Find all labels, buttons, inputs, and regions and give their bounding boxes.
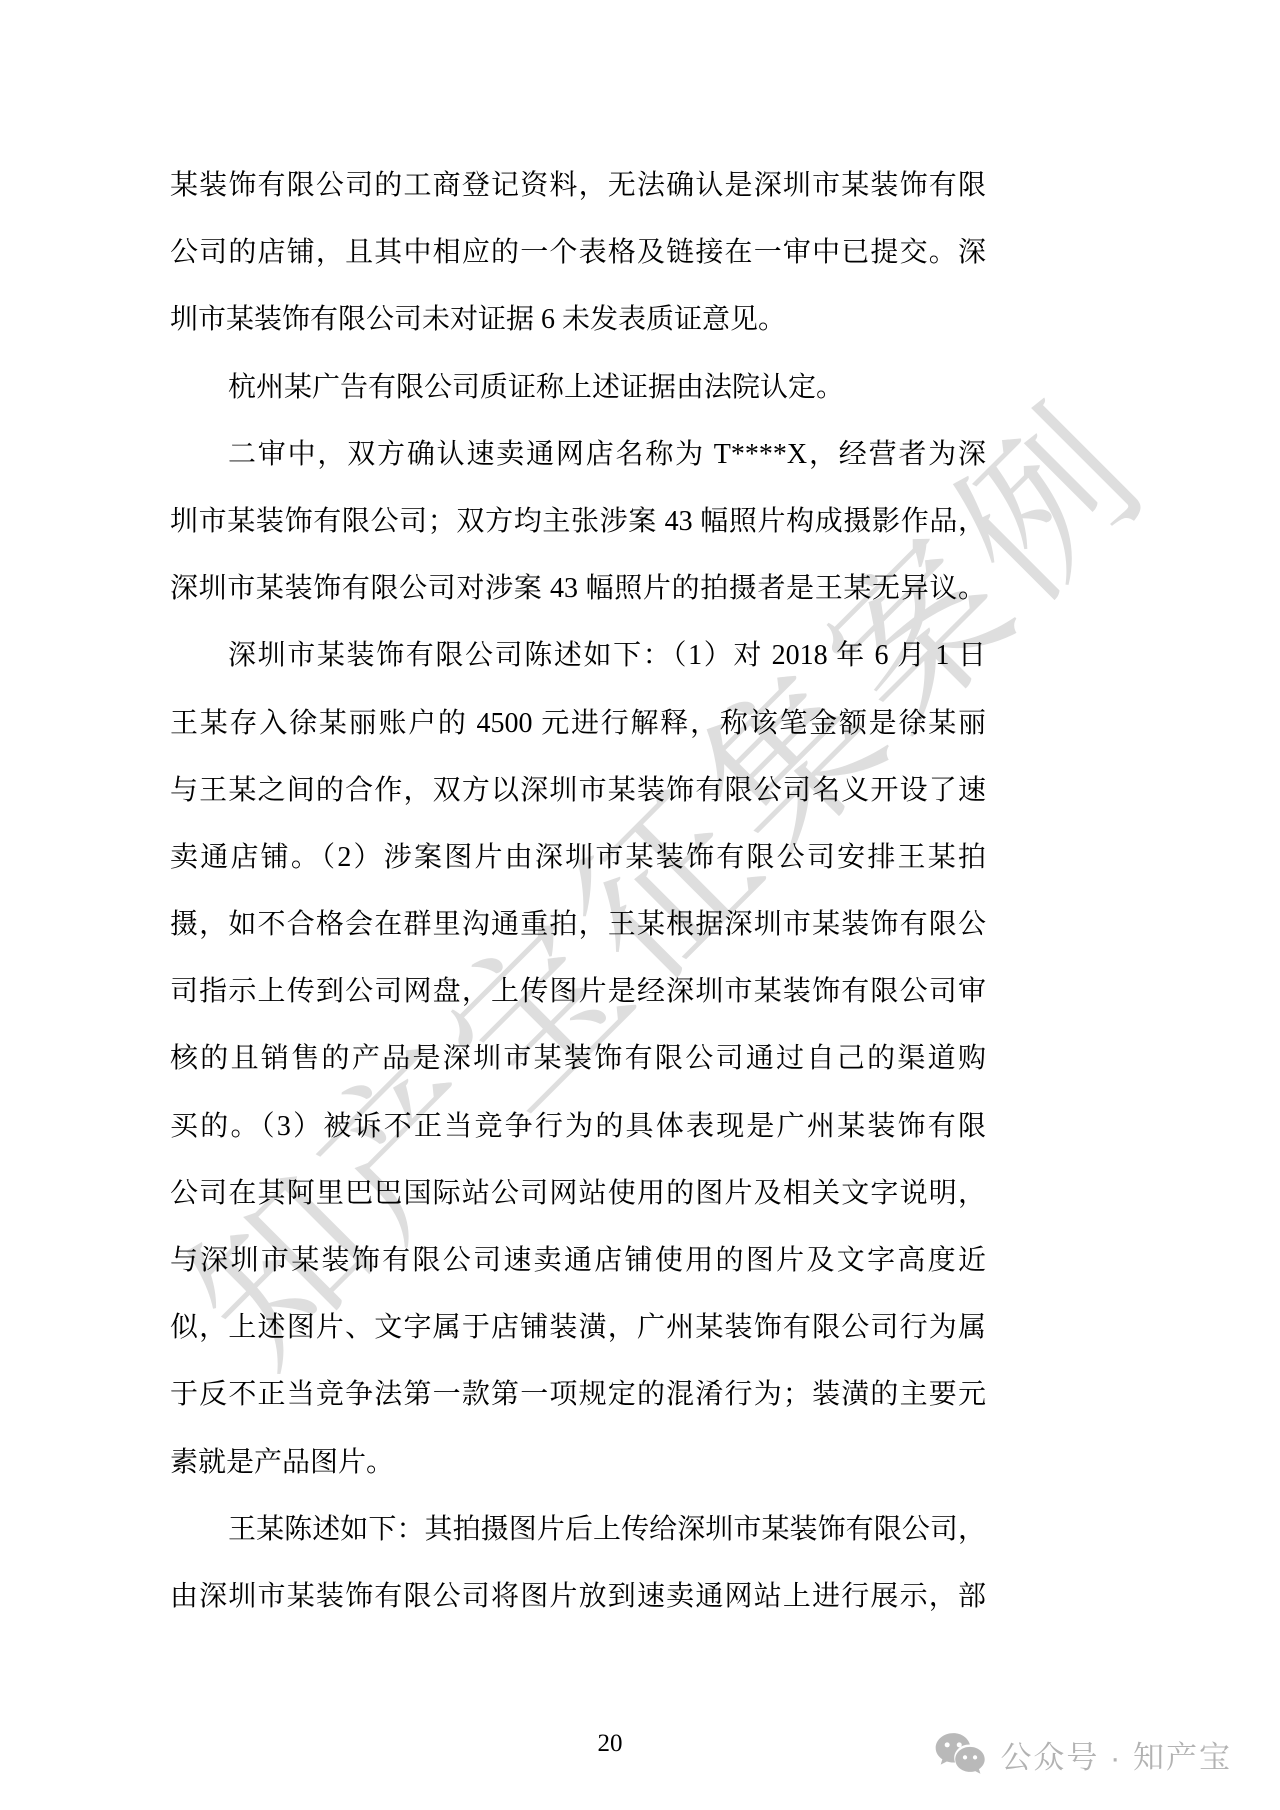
document-page: 知产宝征集案例 某装饰有限公司的工商登记资料，无法确认是深圳市某装饰有限公司的店… bbox=[0, 0, 1280, 1810]
text-line: 似，上述图片、文字属于店铺装潢，广州某装饰有限公司行为属 bbox=[170, 1294, 986, 1361]
document-body: 某装饰有限公司的工商登记资料，无法确认是深圳市某装饰有限公司的店铺，且其中相应的… bbox=[170, 152, 986, 1630]
text-line: 公司的店铺，且其中相应的一个表格及链接在一审中已提交。深 bbox=[170, 219, 986, 286]
text-line: 杭州某广告有限公司质证称上述证据由法院认定。 bbox=[170, 354, 986, 421]
text-line: 于反不正当竞争法第一款第一项规定的混淆行为；装潢的主要元 bbox=[170, 1361, 986, 1428]
text-line: 与王某之间的合作，双方以深圳市某装饰有限公司名义开设了速 bbox=[170, 757, 986, 824]
text-line: 素就是产品图片。 bbox=[170, 1429, 986, 1496]
text-line: 王某陈述如下：其拍摄图片后上传给深圳市某装饰有限公司， bbox=[170, 1496, 986, 1563]
text-line: 某装饰有限公司的工商登记资料，无法确认是深圳市某装饰有限 bbox=[170, 152, 986, 219]
text-line: 二审中，双方确认速卖通网店名称为 T****X，经营者为深 bbox=[170, 421, 986, 488]
text-line: 与深圳市某装饰有限公司速卖通店铺使用的图片及文字高度近 bbox=[170, 1227, 986, 1294]
text-line: 深圳市某装饰有限公司对涉案 43 幅照片的拍摄者是王某无异议。 bbox=[170, 555, 986, 622]
text-line: 王某存入徐某丽账户的 4500 元进行解释，称该笔金额是徐某丽 bbox=[170, 690, 986, 757]
brand-footer: 公众号 · 知产宝 bbox=[934, 1731, 1232, 1777]
text-line: 司指示上传到公司网盘，上传图片是经深圳市某装饰有限公司审 bbox=[170, 958, 986, 1025]
text-line: 圳市某装饰有限公司未对证据 6 未发表质证意见。 bbox=[170, 286, 986, 353]
text-line: 由深圳市某装饰有限公司将图片放到速卖通网站上进行展示，部 bbox=[170, 1563, 986, 1630]
text-line: 深圳市某装饰有限公司陈述如下：（1）对 2018 年 6 月 1 日 bbox=[170, 622, 986, 689]
text-line: 圳市某装饰有限公司；双方均主张涉案 43 幅照片构成摄影作品， bbox=[170, 488, 986, 555]
text-line: 公司在其阿里巴巴国际站公司网站使用的图片及相关文字说明， bbox=[170, 1160, 986, 1227]
text-line: 摄，如不合格会在群里沟通重拍，王某根据深圳市某装饰有限公 bbox=[170, 891, 986, 958]
brand-footer-text: 公众号 · 知产宝 bbox=[1000, 1732, 1232, 1777]
text-line: 核的且销售的产品是深圳市某装饰有限公司通过自己的渠道购 bbox=[170, 1025, 986, 1092]
text-line: 卖通店铺。（2）涉案图片由深圳市某装饰有限公司安排王某拍 bbox=[170, 824, 986, 891]
text-line: 买的。（3）被诉不正当竞争行为的具体表现是广州某装饰有限 bbox=[170, 1093, 986, 1160]
page-number: 20 bbox=[540, 1730, 680, 1758]
wechat-icon bbox=[934, 1731, 986, 1777]
